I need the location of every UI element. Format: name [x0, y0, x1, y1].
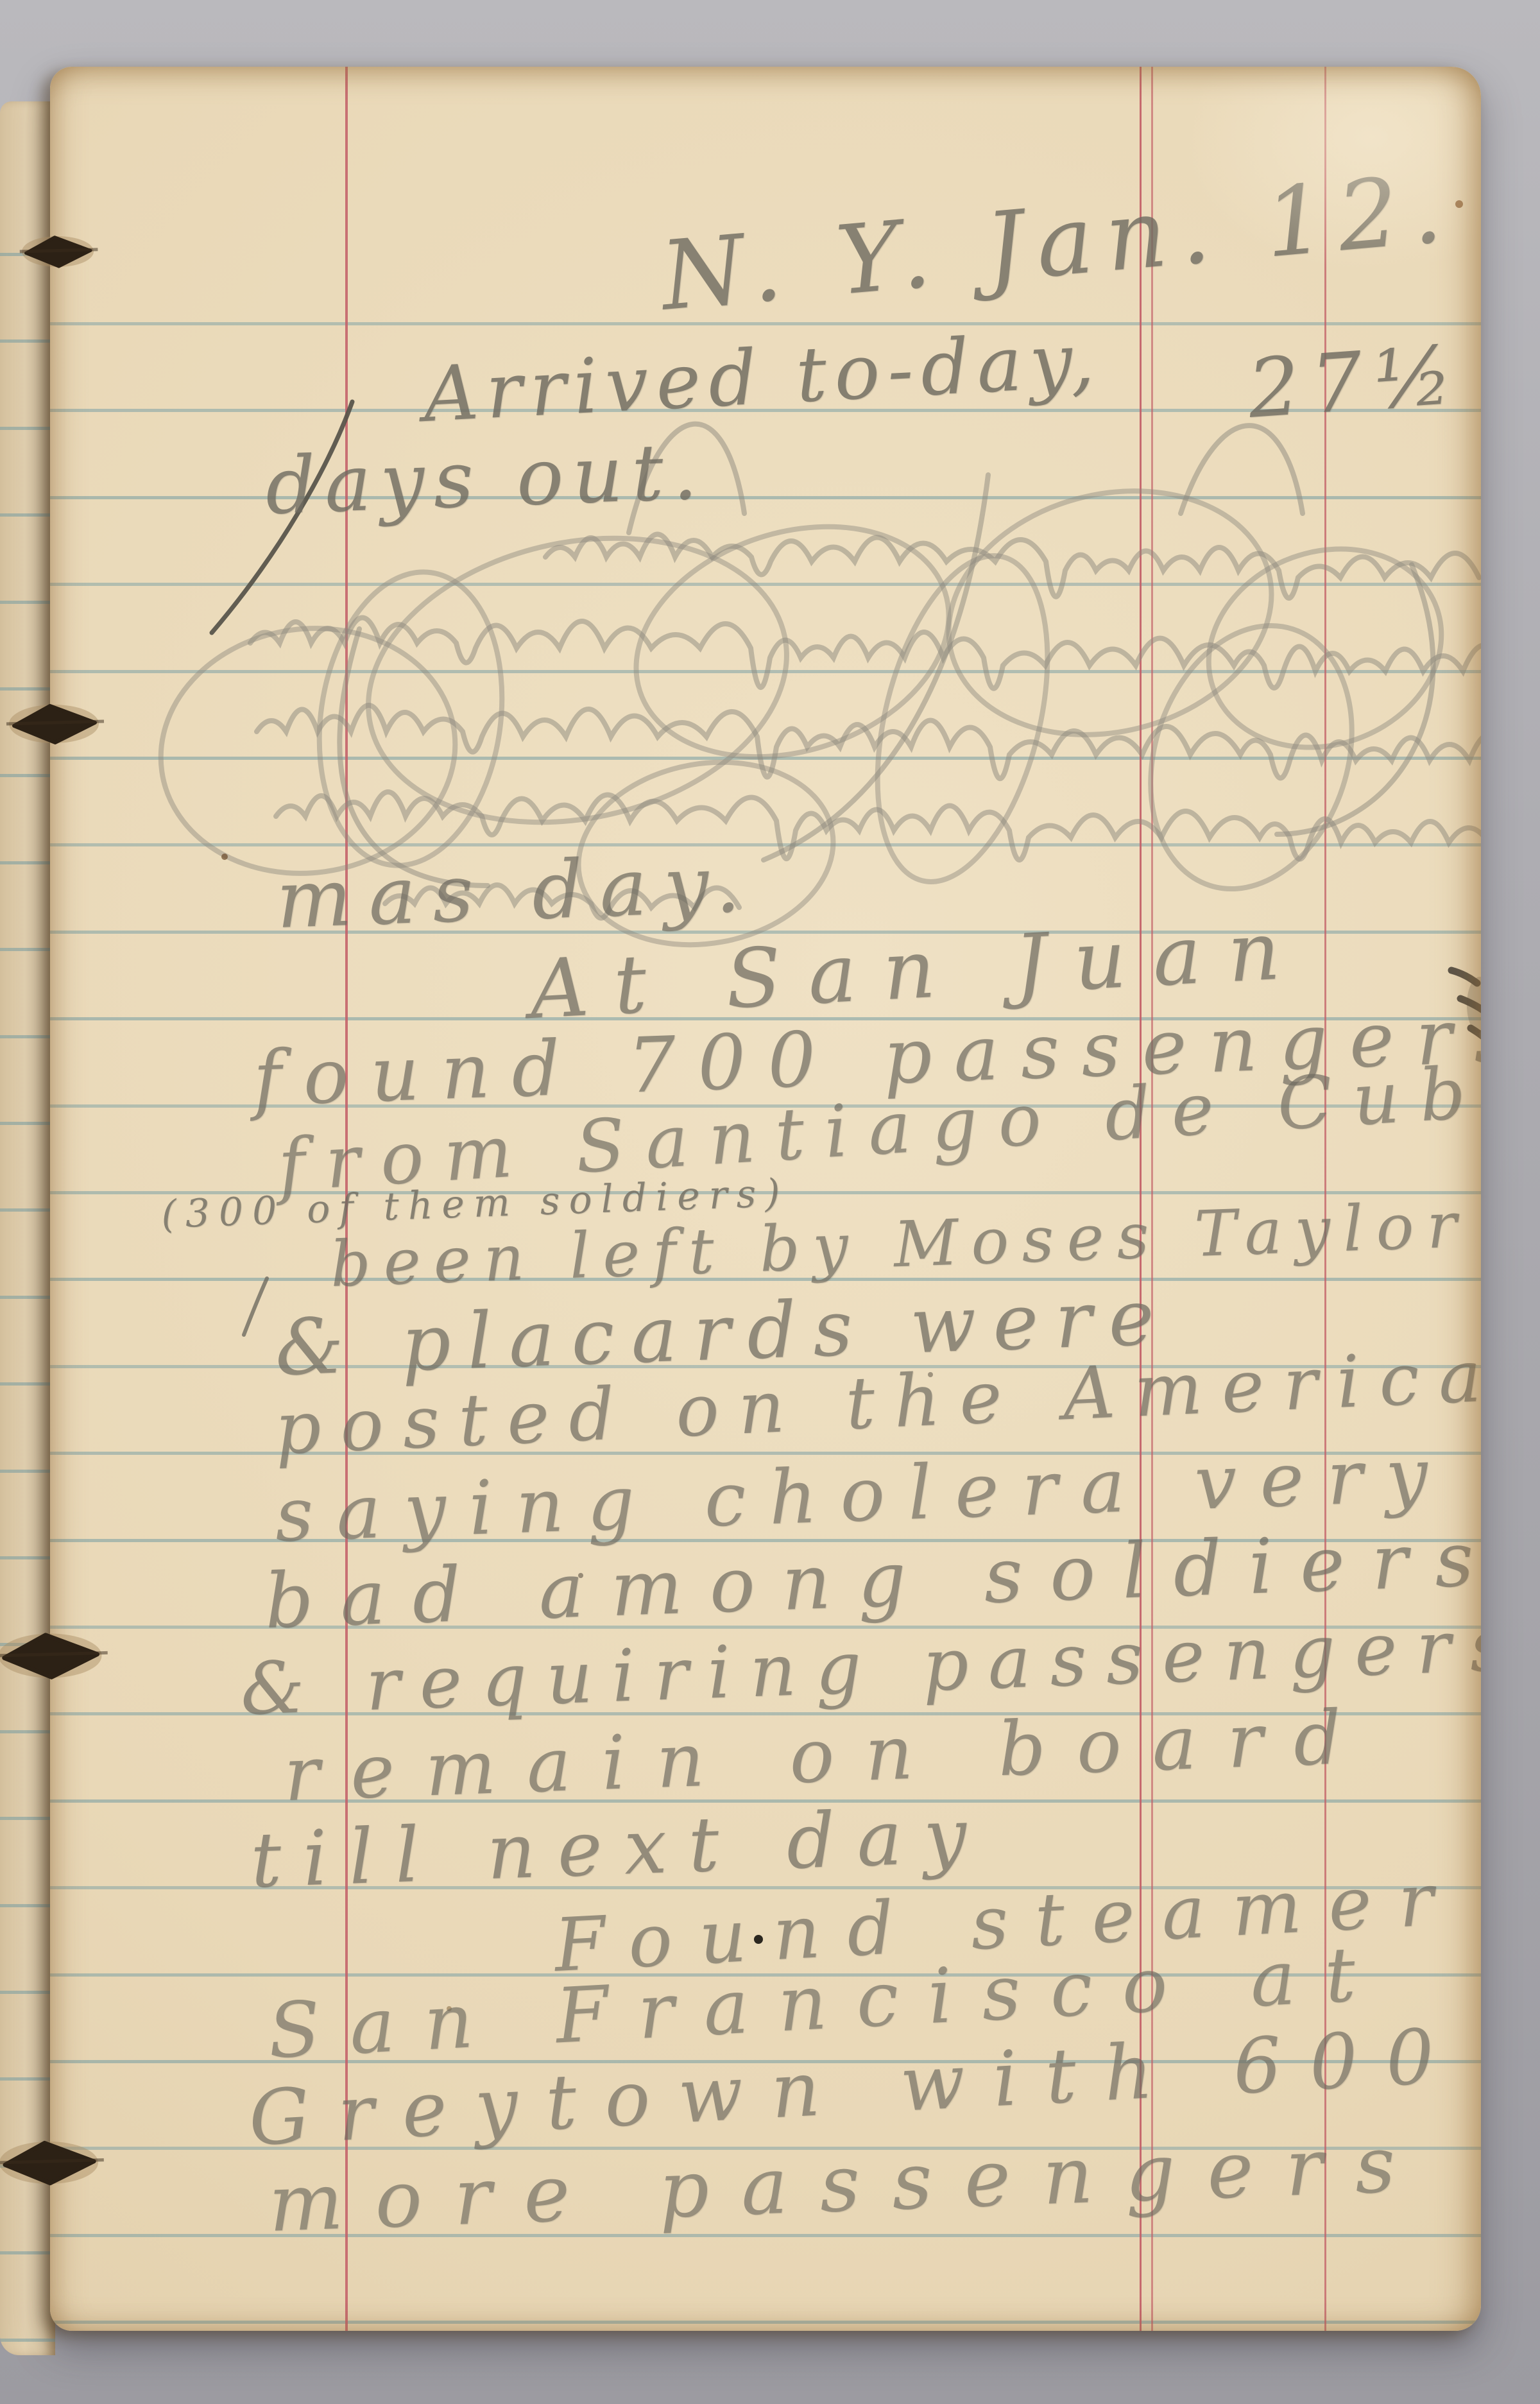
ruled-line	[50, 931, 1481, 934]
insertion-caret	[244, 1278, 267, 1335]
ruled-line	[0, 861, 55, 864]
edge-smudge	[1451, 970, 1481, 1046]
margin-line	[1140, 67, 1142, 2331]
ruled-line	[0, 513, 55, 517]
ruled-line	[0, 1208, 55, 1212]
handwriting-layer: N. Y. Jan. 12.Arrived to-day,27½days out…	[50, 67, 1481, 2331]
previous-page-edge	[0, 101, 55, 2355]
ruled-line	[0, 774, 55, 777]
ruled-line	[0, 687, 55, 691]
ruled-line	[0, 1556, 55, 1559]
handwriting-line: 27½	[1245, 334, 1466, 430]
ruled-line	[0, 1382, 55, 1386]
paper-fleck	[928, 1372, 933, 1377]
ruled-line	[50, 1539, 1481, 1542]
ruled-line	[0, 2339, 55, 2342]
scrawl-stroke	[1277, 565, 1433, 834]
ruled-line	[0, 1470, 55, 1473]
scrawl-stroke	[629, 424, 744, 533]
pencil-slash-mark	[212, 402, 352, 633]
paper-fleck	[447, 2006, 452, 2011]
ruled-line	[0, 427, 55, 430]
page-content: N. Y. Jan. 12.Arrived to-day,27½days out…	[50, 67, 1481, 2331]
scrawl-line	[545, 535, 1479, 598]
scrawl-stroke	[764, 475, 988, 860]
ruled-line	[50, 2060, 1481, 2063]
ruled-line	[0, 948, 55, 951]
handwriting-line: San Francisco at	[266, 1935, 1387, 2069]
scrawl-line	[385, 885, 739, 918]
ruled-line	[0, 1296, 55, 1299]
paper-aging-vignette	[50, 67, 1481, 2331]
handwriting-line: At San Juan	[528, 909, 1309, 1031]
ruled-line	[0, 1730, 55, 1733]
ruled-line	[0, 2077, 55, 2081]
paper-fleck	[754, 1935, 763, 1944]
scrawl-stroke	[1181, 425, 1303, 513]
ruled-line	[50, 1886, 1481, 1889]
paper-fleck	[578, 1573, 583, 1578]
ruled-line	[50, 670, 1481, 673]
ruled-line	[50, 2234, 1481, 2237]
paper-fleck	[221, 854, 228, 860]
ruled-line	[50, 1365, 1481, 1368]
ruled-line	[50, 583, 1481, 586]
ruled-line	[50, 1278, 1481, 1281]
margin-line	[345, 67, 348, 2331]
ruled-line	[50, 1973, 1481, 1977]
handwriting-line: till next day	[250, 1797, 989, 1898]
scrawl-line	[257, 705, 1481, 804]
ruled-line	[0, 601, 55, 604]
handwriting-line: posted on the America	[273, 1340, 1481, 1465]
ruled-line	[50, 496, 1481, 499]
ruled-line	[50, 757, 1481, 760]
paper-fleck	[1455, 200, 1463, 208]
ruled-line	[0, 1904, 55, 1907]
scanned-diary-page: N. Y. Jan. 12.Arrived to-day,27½days out…	[0, 0, 1540, 2404]
ruled-line	[50, 409, 1481, 412]
handwriting-line: Arrived to-day,	[422, 322, 1104, 433]
ruled-line	[0, 2165, 55, 2168]
ruled-line	[50, 2147, 1481, 2150]
ruled-line	[0, 1817, 55, 1820]
scrawl-loop	[606, 488, 979, 795]
scrawl-loop	[342, 501, 814, 859]
handwriting-line: days out.	[264, 432, 708, 526]
handwriting-line: more passengers	[268, 2124, 1429, 2243]
ruled-line	[50, 1712, 1481, 1715]
handwriting-line: & placards were	[274, 1279, 1172, 1387]
ruled-line	[50, 1191, 1481, 1194]
pencil-artwork-layer	[50, 67, 1481, 2331]
ruled-line	[0, 1035, 55, 1038]
scrawl-line	[276, 792, 1481, 884]
ruled-line	[0, 2251, 55, 2254]
ruled-line	[0, 253, 55, 256]
ruled-line	[50, 2321, 1481, 2324]
ruled-line	[50, 322, 1481, 325]
ruled-line	[50, 843, 1481, 846]
handwriting-line: N. Y. Jan. 12.	[658, 160, 1458, 323]
margin-line	[1324, 67, 1326, 2331]
ruled-line	[50, 1104, 1481, 1108]
scrawl-loop	[923, 458, 1297, 768]
ruled-line	[50, 1626, 1481, 1629]
handwriting-line: (300 of them soldiers)	[160, 1174, 789, 1234]
scrawl-loop	[301, 560, 520, 877]
edge-smudge-blot	[1467, 977, 1481, 1033]
scrawl-loop	[145, 610, 471, 892]
ruled-line	[50, 1799, 1481, 1803]
scrawl-line	[250, 618, 1481, 714]
ruled-line	[50, 1452, 1481, 1455]
ruled-line	[0, 1122, 55, 1125]
handwriting-line: found 700 passengers	[252, 996, 1481, 1117]
handwriting-line: bad among soldiers	[264, 1520, 1481, 1639]
handwriting-line: remain on board	[283, 1700, 1373, 1812]
handwriting-line: Greytown with 600	[247, 2017, 1464, 2156]
margin-line	[1151, 67, 1153, 2331]
ruled-line	[0, 1643, 55, 1646]
ruled-line	[50, 1017, 1481, 1020]
ruled-line	[0, 339, 55, 343]
ruled-line	[0, 1991, 55, 1994]
handwriting-line: from Santiago de Cuba	[277, 1052, 1481, 1202]
